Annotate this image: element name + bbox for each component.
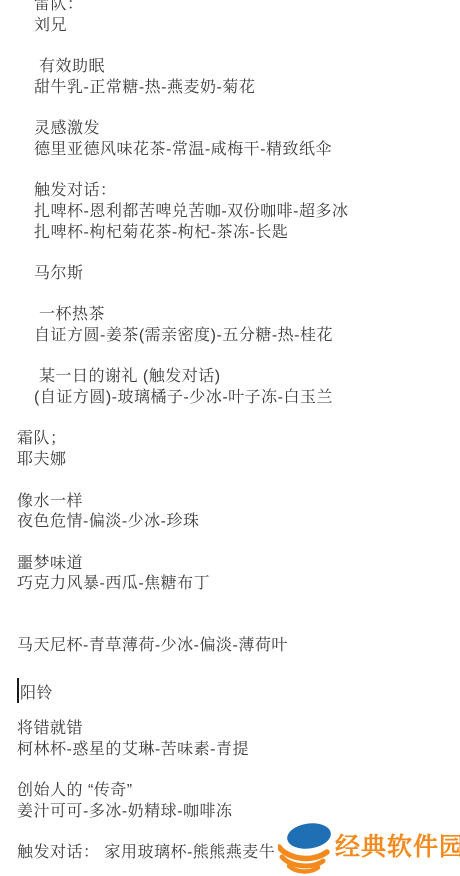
character-name-line: 马尔斯 (0, 264, 460, 285)
text-cursor-caret (17, 678, 19, 703)
document-text: 雷队： 刘兄 有效助眠 甜牛乳-正常糖-热-燕麦奶-菊花 灵感激发 德里亚德风味… (0, 0, 460, 864)
watermark-logo: 经典软件园 (278, 816, 460, 874)
globe-icon (278, 816, 332, 874)
section-frost-team: 霜队； 耶夫娜 像水一样 夜色危情-偏淡-少冰-珍珠 噩梦味道 巧克力风暴-西瓜… (0, 429, 460, 863)
recipe-line: 甜牛乳-正常糖-热-燕麦奶-菊花 (0, 78, 460, 99)
character-name-line: 刘兄 (0, 16, 460, 37)
recipe-line: 马天尼杯-青草薄荷-少冰-偏淡-薄荷叶 (0, 636, 460, 657)
trigger-dialog-label-line: 触发对话： (0, 181, 460, 202)
recipe-line: 德里亚德风味花茶-常温-咸梅干-精致纸伞 (0, 140, 460, 161)
drink-title-line: 一杯热茶 (0, 305, 460, 326)
recipe-line: 自证方圆-姜茶(需亲密度)-五分糖-热-桂花 (0, 326, 460, 347)
recipe-line: (自证方圆)-玻璃橘子-少冰-叶子冻-白玉兰 (0, 388, 460, 409)
character-name-text: 阳铃 (20, 685, 53, 702)
recipe-line: 巧克力风暴-西瓜-焦糖布丁 (0, 574, 460, 595)
recipe-line: 夜色危情-偏淡-少冰-珍珠 (0, 512, 460, 533)
team-header-line: 雷队： (0, 0, 460, 16)
recipe-line: 扎啤杯-枸杞菊花茶-枸杞-茶冻-长匙 (0, 223, 460, 244)
drink-title-line: 将错就错 (0, 719, 460, 740)
drink-title-line: 某一日的谢礼 (触发对话) (0, 367, 460, 388)
team-header-line: 霜队； (0, 429, 460, 450)
drink-title-line: 灵感激发 (0, 119, 460, 140)
drink-title-line: 像水一样 (0, 492, 460, 513)
watermark-site-name: 经典软件园 (335, 827, 460, 863)
section-thunder-team: 雷队： 刘兄 有效助眠 甜牛乳-正常糖-热-燕麦奶-菊花 灵感激发 德里亚德风味… (0, 0, 460, 409)
recipe-line: 扎啤杯-恩利都苦啤兑苦咖-双份咖啡-超多冰 (0, 202, 460, 223)
drink-title-line: 创始人的 “传奇” (0, 781, 460, 802)
character-name-line: 阳铃 (0, 678, 460, 699)
recipe-line: 柯林杯-惑星的艾琳-苦味素-青提 (0, 740, 460, 761)
drink-title-line: 噩梦味道 (0, 554, 460, 575)
drink-title-line: 有效助眠 (0, 57, 460, 78)
character-name-line: 耶夫娜 (0, 450, 460, 471)
